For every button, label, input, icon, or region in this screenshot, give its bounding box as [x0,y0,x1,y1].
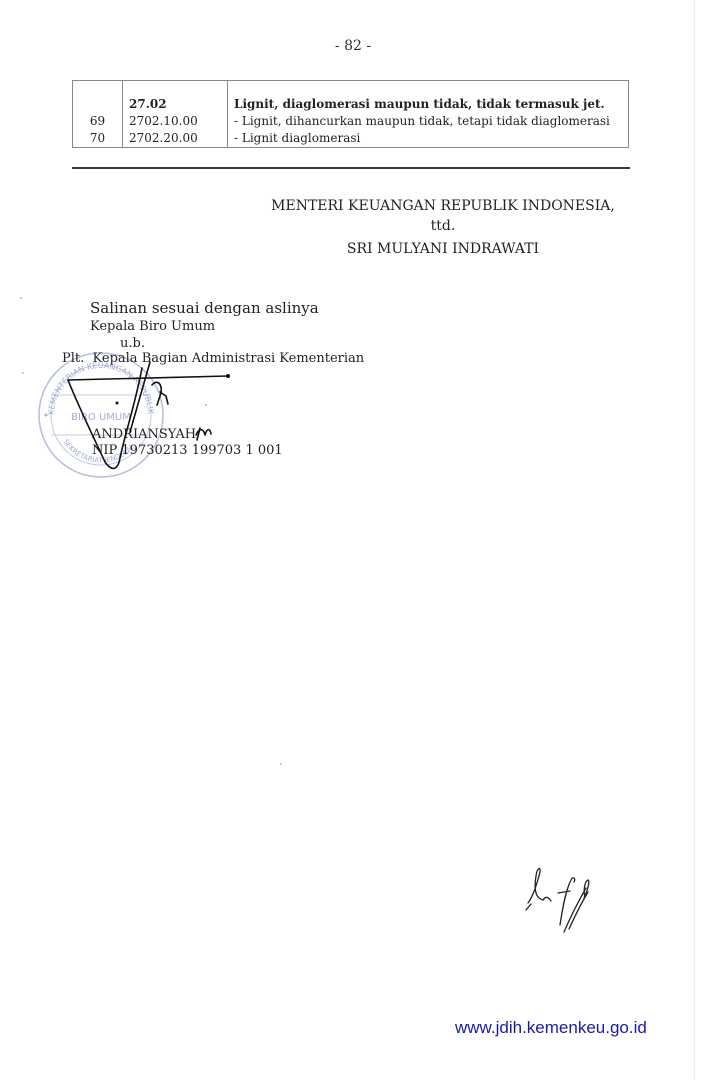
minister-title: MENTERI KEUANGAN REPUBLIK INDONESIA, [270,196,616,216]
page-edge [694,0,695,1080]
signer-name: ANDRIANSYAH [92,427,283,443]
official-stamp-icon: KEMENTERIAN KEUANGAN REPUBLIK INDONESIA … [36,350,166,480]
row-number: 69 [79,113,116,130]
ub-mark: u.b. [90,335,319,352]
scan-speck [205,404,207,406]
scan-speck [22,372,24,374]
signer-nip: NIP 19730213 199703 1 001 [92,443,283,459]
office-name: Kepala Biro Umum [90,318,319,335]
copy-certification-block: Salinan sesuai dengan aslinya Kepala Bir… [90,298,319,352]
page-number: - 82 - [0,38,706,54]
row-number: 70 [79,130,116,147]
scan-speck [20,297,22,299]
ttd-mark: ttd. [270,216,616,236]
handwritten-signature-icon [0,0,706,1080]
hs-code-column: 27.02 2702.10.00 2702.20.00 [123,81,228,148]
row-number [79,96,116,113]
copy-title: Salinan sesuai dengan aslinya [90,298,319,318]
minister-name: SRI MULYANI INDRAWATI [270,239,616,259]
description-column: Lignit, diaglomerasi maupun tidak, tidak… [228,81,629,148]
horizontal-rule [72,167,630,169]
signer-block: ANDRIANSYAH NIP 19730213 199703 1 001 [92,427,283,459]
hs-code: 2702.20.00 [129,130,221,147]
row-number-column: 69 70 [73,81,123,148]
hs-code-heading: 27.02 [129,96,221,113]
scan-speck [280,763,282,765]
stamp-center-text: BIRO UMUM [71,412,131,423]
table-row: 69 70 27.02 2702.10.00 2702.20.00 Lignit… [73,81,629,148]
description-heading: Lignit, diaglomerasi maupun tidak, tidak… [234,96,622,113]
minister-signature-block: MENTERI KEUANGAN REPUBLIK INDONESIA, ttd… [270,196,616,259]
signer-position: Plt. Kepala Bagian Administrasi Kementer… [62,351,364,366]
jdih-website-link[interactable]: www.jdih.kemenkeu.go.id [455,1018,647,1038]
description: - Lignit diaglomerasi [234,130,622,147]
hs-code-table: 69 70 27.02 2702.10.00 2702.20.00 Lignit… [72,80,629,148]
description: - Lignit, dihancurkan maupun tidak, teta… [234,113,622,130]
hs-code: 2702.10.00 [129,113,221,130]
